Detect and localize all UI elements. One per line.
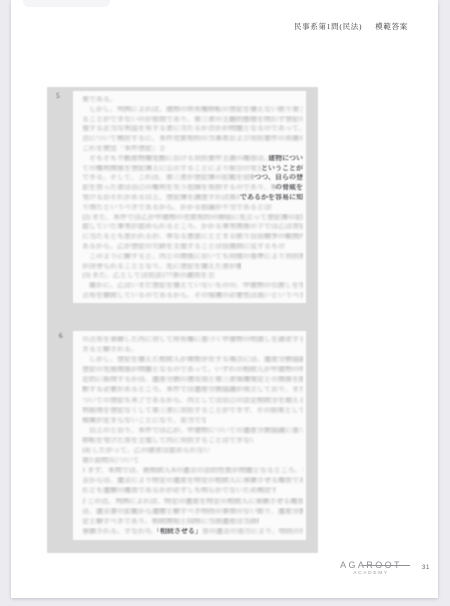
blurred-fragment: しかし、登記を備えた相続人が複数存在する場合には、遺産分割協議の結果と (89, 356, 303, 363)
blurred-fragment: 以上のとおり、本件では乙が、甲建物についての遺産分割協議に基づく持分の (89, 427, 303, 434)
blurred-fragment: 利取得を登記なくして第三者に対抗することができず、その結果として甲建物の (82, 407, 303, 414)
scanned-text-block: 果である。しかし、判例によれば、建物の所有権移転の登記を備えない限り第三者に対抗… (73, 91, 306, 303)
emphasized-fragment: ということが (261, 165, 303, 172)
blurred-text-line: 定と解すべきであり、相続開始と同時に当該遺産は当該相続人に (82, 518, 259, 528)
blurred-fragment: ることができないのが原則であり、第三者の主観的態様を問わず登記の欠缺を主 (82, 116, 303, 123)
blurred-text-line: 認していた事実が認められるところ、かかる事実関係の下では乙は背信的悪意者 (82, 223, 303, 233)
blurred-fragment: 1 まず、本問では、被相続人Aの遺言の法的性質が問題となるところ、その文 (82, 467, 303, 474)
blurred-fragment: 2 この点、判例によれば、特定の遺産を特定の相続人に承継させる趣旨の遺言 (82, 498, 303, 505)
blurred-text-line: (4) したがって、乙の請求は認められない。 (82, 447, 210, 457)
blurred-fragment: 登記の先後関係が問題となるのであって、いずれの相続人が甲建物の所有権を確 (82, 366, 303, 373)
blurred-fragment: 点について検討するに、本件売買契約の当事者および対抗要件の具備の有無(以下、 (82, 135, 303, 142)
blurred-text-line: 第3 設問3について (82, 457, 170, 467)
blurred-fragment: ついての登記も未了であるから、丙としては自己の法定相続分を超える部分の権 (82, 397, 303, 404)
blurred-text-line: り得たというべきであるから、かかる結論が不当であるとはいえない。 (82, 204, 272, 214)
blurred-fragment: 帰属が定まらないことになり、妥当でない。 (82, 417, 206, 424)
brand-subtitle: ACADEMY (332, 571, 410, 576)
blurred-fragment: 承継される。すなわち、かかる (82, 528, 153, 535)
blurred-text-line: 点について検討するに、本件売買契約の当事者および対抗要件の具備の有無(以下、 (82, 135, 303, 145)
blurred-text-line: このように解すると、丙との関係においても同様の基準により対抗関係の優劣 (82, 253, 303, 263)
blurred-fragment: 記を怠った者は自己の権利を失う危険を負担するのであり、権利喪失 (82, 184, 275, 191)
blurred-text-line: の占有を承継した丙に対して所有権に基づく甲建物の明渡しを請求することがで (82, 336, 303, 346)
scanned-text-block: の占有を承継した丙に対して所有権に基づく甲建物の明渡しを請求することができると解… (73, 331, 306, 540)
page-header: 民事系第1問(民法)模範答案 (294, 21, 408, 32)
emphasized-fragment: 「相続させる」 (153, 528, 202, 535)
blurred-text-line: しかし、判例によれば、建物の所有権移転の登記を備えない限り第三者に対抗す (82, 106, 303, 116)
blurred-text-line: 占有を継続しているのであるから、その保護の必要性は高いというべきである。 (82, 292, 303, 302)
emphasized-fragment: であるかを容易に知 (240, 194, 303, 201)
blurred-fragment: 第3 設問3について (82, 457, 140, 464)
blurred-fragment: (2) また、本件では乙が甲建物の売買契約の締結に先立って登記簿の記載を確 (82, 214, 303, 221)
blurred-text-line: (3) また、乙としては民法177条の適用を主張し得る。 (82, 272, 215, 282)
blurred-fragment: 言からは、遺言により特定の遺産を特定の相続人に承継させる趣旨であるか、そ (82, 477, 303, 484)
blurred-text-line: 張する正当な利益を有する者に当たるか否かが問題となるのであって、以下この (82, 125, 303, 135)
blurred-fragment: り得たというべきであるから、かかる結論が不当であるとはいえない。 (82, 204, 272, 211)
blurred-text-line: きると解される。 (82, 346, 135, 356)
blurred-text-line: 定的に取得するかは、遺産分割の遡及効と第三者保護規定との関係を踏まえて判 (82, 376, 303, 386)
blurred-text-line: できる。そして、これは、第三者が登記簿の記載を信頼しつつ、自らの登 (82, 174, 303, 184)
block-number: 5 (56, 93, 60, 100)
blurred-fragment: 断する必要があるところ、本件では遺産分割協議が成立しており、また、これに (82, 386, 303, 393)
blurred-fragment: (3) また、乙としては民法177条の適用を主張し得る。 (82, 272, 215, 279)
blurred-text-line: ついての登記も未了であるから、丙としては自己の法定相続分を超える部分の権 (82, 397, 303, 407)
blurred-text-line: 以上のとおり、本件では乙が、甲建物についての遺産分割協議に基づく持分の (82, 427, 303, 437)
blurred-fragment: 占有を継続しているのであるから、その保護の必要性は高いというべきである。 (82, 292, 303, 299)
blurred-text-line: に当たるとも思われるが、単なる悪意にとどまる限り自由競争の範囲内の行為で (82, 233, 303, 243)
blurred-fragment: 認していた事実が認められるところ、かかる事実関係の下では乙は背信的悪意者 (82, 223, 303, 230)
blurred-fragment: 定的に取得するかは、遺産分割の遡及効と第三者保護規定との関係を踏まえて判 (82, 376, 303, 383)
blurred-fragment: 果である。 (82, 96, 117, 103)
blurred-text-line: 断する必要があるところ、本件では遺産分割協議が成立しており、また、これに (82, 386, 303, 396)
blurred-text-line: (2) また、本件では乙が甲建物の売買契約の締結に先立って登記簿の記載を確 (82, 214, 303, 224)
blurred-fragment: れとも遺贈の趣旨であるかが必ずしも明らかでないため検討する。 (82, 487, 276, 494)
blurred-text-line: しかし、登記を備えた相続人が複数存在する場合には、遺産分割協議の結果と (82, 356, 303, 366)
blurred-fragment: は、遺言書の記載から遺贈と解すべき特段の事情のない限り、遺産分割方法の指 (82, 508, 303, 515)
blurred-text-line: 承継される。すなわち、かかる「相続させる」旨の遺言の効力により、特段の行為を要せ… (82, 528, 303, 538)
blurred-text-line: れとも遺贈の趣旨であるかが必ずしも明らかでないため検討する。 (82, 487, 276, 497)
blurred-text-line: ての権利関係を登記簿上に公示することにより取引の安全を図る点にあるということが (82, 165, 303, 175)
answer-sheet-scan: 5果である。しかし、判例によれば、建物の所有権移転の登記を備えない限り第三者に対… (47, 87, 318, 553)
blurred-fragment: そもそも不動産物権変動における対抗要件主義の趣旨は、取引に入る者が (89, 155, 268, 162)
blurred-fragment: しかし、判例によれば、建物の所有権移転の登記を備えない限り第三者に対抗す (89, 106, 303, 113)
document-viewer[interactable]: 民事系第1問(民法)模範答案 5果である。しかし、判例によれば、建物の所有権移転… (0, 0, 450, 606)
blurred-text-line: 帰属が定まらないことになり、妥当でない。 (82, 417, 206, 427)
blurred-fragment: これを便宜「本件登記」という。) (82, 145, 166, 152)
blurred-text-line: そもそも不動産物権変動における対抗要件主義の趣旨は、取引に入る者が建物につい (82, 155, 303, 165)
blurred-text-line: 受けるおそれがある以上、登記簿を調査すれば真の権利者が誰であるかを容易に知 (82, 194, 303, 204)
toolbar-pill (23, 0, 110, 7)
blurred-text-line: は、遺言書の記載から遺贈と解すべき特段の事情のない限り、遺産分割方法の指 (82, 508, 303, 518)
blurred-fragment: できる。そして、これは、第三者が登記簿の記載を信頼し (82, 174, 254, 181)
blurred-fragment: きると解される。 (82, 346, 135, 353)
blurred-fragment: の占有を承継した丙に対して所有権に基づく甲建物の明渡しを請求することがで (82, 336, 303, 343)
blurred-fragment: 定と解すべきであり、相続開始と同時に当該遺産は当該相続人に (82, 518, 259, 525)
blurred-text-line: が決せられることとなり、先に登記を備えた者が優先する。 (82, 263, 241, 273)
header-title-right: 模範答案 (375, 22, 408, 31)
blurred-fragment: が決せられることとなり、先に登記を備えた者が優先する。 (82, 263, 241, 270)
blurred-fragment: 受けるおそれがある以上、登記簿を調査すれば真の権利者が誰 (82, 194, 240, 201)
blurred-text-line: 登記の先後関係が問題となるのであって、いずれの相続人が甲建物の所有権を確 (82, 366, 303, 376)
blurred-text-line: あるから、乙が登記の欠缺を主張することは信義則に反するものではない。 (82, 243, 285, 253)
blurred-fragment: 旨の遺言の効力により、特段の行為を要せず (202, 528, 303, 535)
blurred-text-line: 利取得を登記なくして第三者に対抗することができず、その結果として甲建物の (82, 407, 303, 417)
blurred-text-line: 言からは、遺言により特定の遺産を特定の相続人に承継させる趣旨であるか、そ (82, 477, 303, 487)
emphasized-fragment: つつ、自らの登 (254, 174, 303, 181)
blurred-fragment: 確かに、乙はいまだ登記を備えていないものの、甲建物の引渡しを受けて現に (89, 282, 303, 289)
emphasized-fragment: 建物につい (268, 155, 303, 162)
blurred-fragment: このように解すると、丙との関係においても同様の基準により対抗関係の優劣 (89, 253, 303, 260)
blurred-text-line: 2 この点、判例によれば、特定の遺産を特定の相続人に承継させる趣旨の遺言 (82, 498, 303, 508)
document-page: 民事系第1問(民法)模範答案 5果である。しかし、判例によれば、建物の所有権移転… (11, 0, 438, 598)
header-title-left: 民事系第1問(民法) (294, 22, 362, 31)
brand-logo: AGAROOT ACADEMY (332, 560, 410, 576)
blurred-text-line: 1 まず、本問では、被相続人Aの遺言の法的性質が問題となるところ、その文 (82, 467, 303, 477)
blurred-text-line: ることができないのが原則であり、第三者の主観的態様を問わず登記の欠缺を主 (82, 116, 303, 126)
blurred-text-line: 果である。 (82, 96, 131, 106)
blurred-text-line: 移転を受けた旨を主張して丙に対抗することはできない。 (82, 437, 254, 447)
blurred-text-line: 確かに、乙はいまだ登記を備えていないものの、甲建物の引渡しを受けて現に (82, 282, 303, 292)
blurred-fragment: (4) したがって、乙の請求は認められない。 (82, 447, 210, 454)
brand-strikethrough (362, 565, 410, 566)
block-number: 6 (59, 333, 63, 340)
blurred-fragment: に当たるとも思われるが、単なる悪意にとどまる限り自由競争の範囲内の行為で (82, 233, 303, 240)
blurred-fragment: 移転を受けた旨を主張して丙に対抗することはできない。 (82, 437, 254, 444)
page-number: 31 (422, 564, 430, 571)
blurred-text-line: 記を怠った者は自己の権利を失う危険を負担するのであり、権利喪失の脅威を (82, 184, 303, 194)
blurred-fragment: あるから、乙が登記の欠缺を主張することは信義則に反するものではない。 (82, 243, 285, 250)
blurred-fragment: ての権利関係を登記簿上に公示することにより取引の安全を図る点にある (82, 165, 261, 172)
blurred-fragment: 張する正当な利益を有する者に当たるか否かが問題となるのであって、以下この (82, 125, 303, 132)
emphasized-fragment: の脅威を (275, 184, 303, 191)
blurred-text-line: これを便宜「本件登記」という。) (82, 145, 166, 155)
